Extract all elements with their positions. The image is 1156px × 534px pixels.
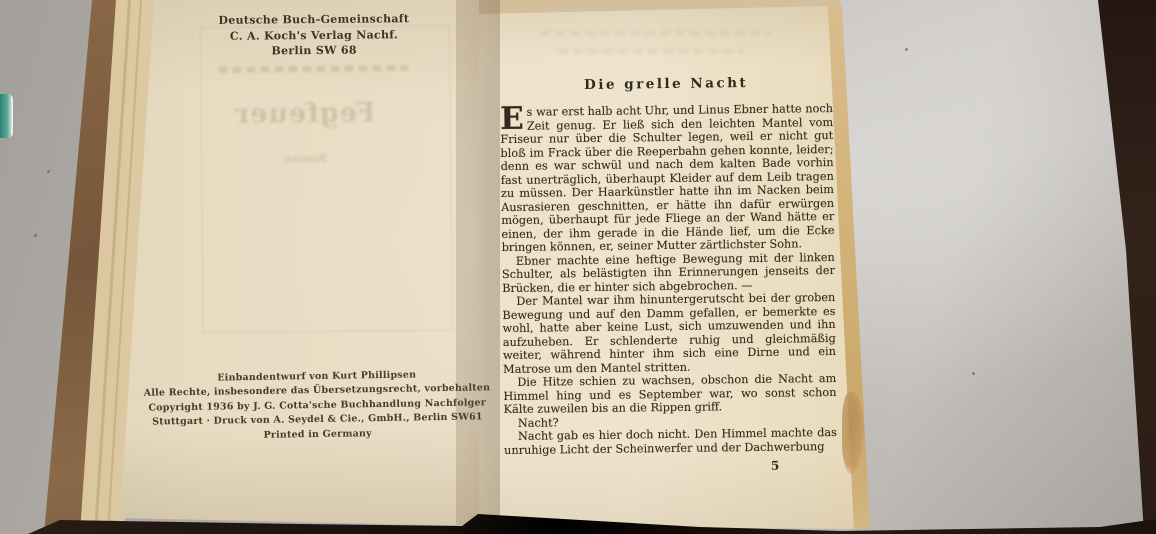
showthrough-subtitle: Roman xyxy=(149,151,461,167)
teal-object-edge xyxy=(0,94,13,138)
dust-speck xyxy=(34,234,37,237)
showthrough-text-line xyxy=(540,30,770,36)
paragraph: Die Hitze schien zu wachsen, obschon die… xyxy=(503,372,836,417)
paragraph-text: s war erst halb acht Uhr, und Linus Ebne… xyxy=(500,102,834,254)
paragraph: Der Mantel war ihm hinuntergerutscht bei… xyxy=(502,291,836,376)
page-number: 5 xyxy=(504,458,837,476)
paragraph: Nacht gab es hier doch nicht. Den Himmel… xyxy=(504,426,837,457)
drop-cap-initial: E xyxy=(500,106,527,132)
worn-page-corner xyxy=(842,392,864,474)
dust-speck xyxy=(972,372,975,375)
showthrough-text-line xyxy=(558,48,744,54)
dust-speck xyxy=(47,170,50,173)
left-page-content: Deutsche Buch-Gemeinschaft C. A. Koch's … xyxy=(148,0,485,534)
right-page-content: Die grelle Nacht Es war erst halb acht U… xyxy=(500,74,838,476)
dust-speck xyxy=(905,48,908,51)
showthrough-book-title: Fegfeuer xyxy=(149,97,461,131)
book-photograph: Deutsche Buch-Gemeinschaft C. A. Koch's … xyxy=(0,0,1156,534)
imprint-block: Einbandentwurf von Kurt Phillipsen Alle … xyxy=(143,367,492,444)
paragraph: Ebner machte eine heftige Bewegung mit d… xyxy=(502,250,835,295)
chapter-title: Die grelle Nacht xyxy=(500,74,833,94)
paragraph: Es war erst halb acht Uhr, und Linus Ebn… xyxy=(500,102,835,255)
